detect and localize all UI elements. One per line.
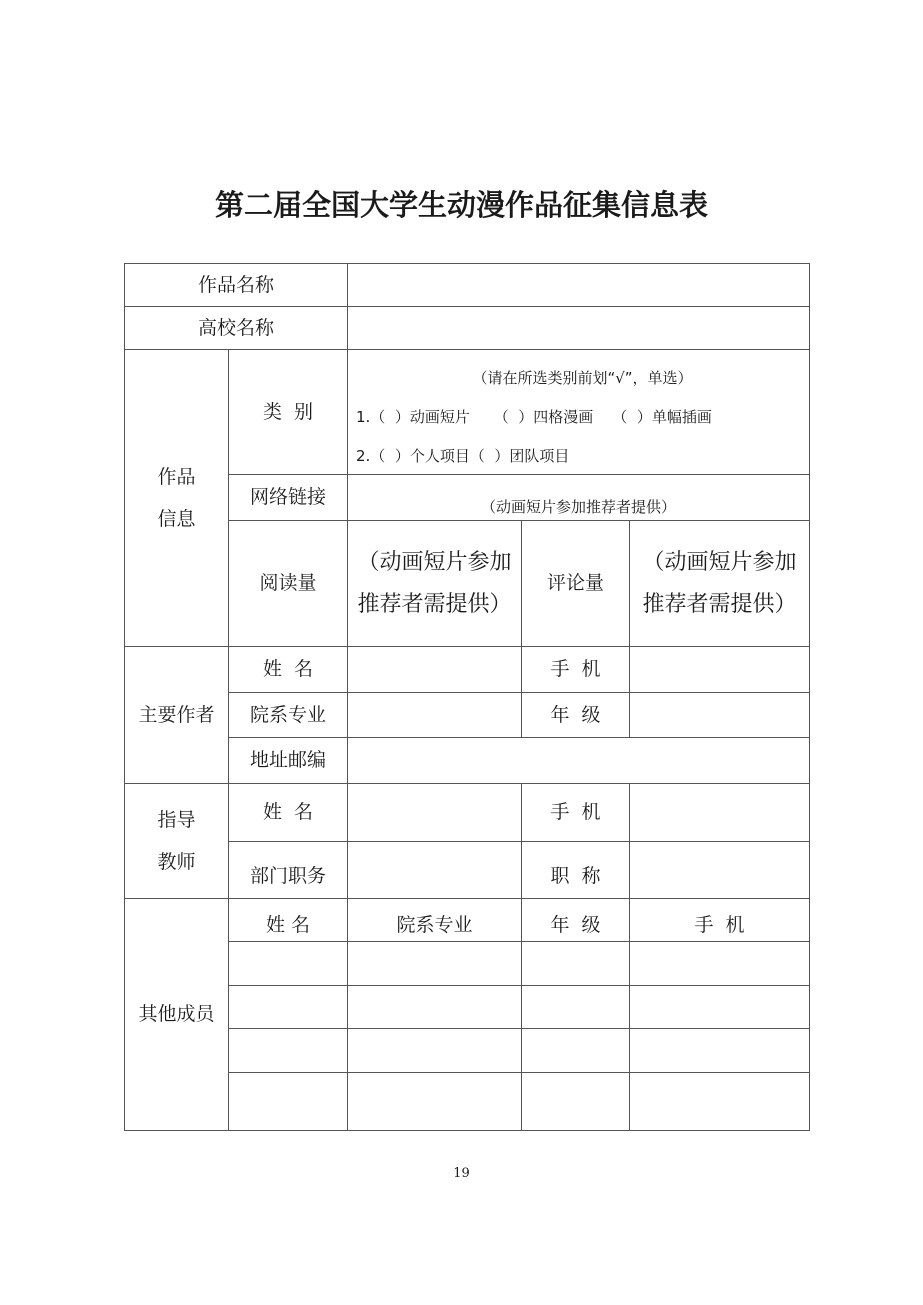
author-name-field[interactable] [347,646,522,693]
member-name-field[interactable] [228,1028,348,1073]
member-dept-field[interactable] [347,941,522,986]
advisor-dept-field[interactable] [347,841,522,899]
reads-label: 阅读量 [228,520,348,647]
link-field[interactable]: （动画短片参加推荐者提供） [347,474,810,521]
member-grade-field[interactable] [521,985,630,1029]
work-name-field[interactable] [347,263,810,307]
comments-field[interactable]: （动画短片参加推荐者需提供） [629,520,810,647]
member-dept-field[interactable] [347,985,522,1029]
category-options[interactable]: （请在所选类别前划“√”，单选） 1.（ ）动画短片 （ ）四格漫画 （ ）单幅… [347,349,810,475]
author-dept-label: 院系专业 [228,692,348,738]
author-address-field[interactable] [347,737,810,784]
member-name-field[interactable] [228,985,348,1029]
member-dept-field[interactable] [347,1028,522,1073]
advisor-phone-label: 手 机 [521,783,630,842]
members-header-dept: 院系专业 [347,898,522,942]
other-members-group-label: 其他成员 [124,898,229,1131]
member-phone-field[interactable] [629,941,810,986]
advisor-dept-label: 部门职务 [228,841,348,899]
main-author-group-label: 主要作者 [124,646,229,784]
author-address-label: 地址邮编 [228,737,348,784]
member-dept-field[interactable] [347,1072,522,1131]
category-team-options[interactable]: 2.（ ）个人项目（ ）团队项目 [356,445,569,472]
advisor-name-field[interactable] [347,783,522,842]
member-grade-field[interactable] [521,1028,630,1073]
advisor-phone-field[interactable] [629,783,810,842]
members-header-grade: 年 级 [521,898,630,942]
member-phone-field[interactable] [629,1072,810,1131]
member-grade-field[interactable] [521,941,630,986]
category-note: （请在所选类别前划“√”，单选） [356,367,809,394]
work-name-label: 作品名称 [124,263,348,307]
author-phone-field[interactable] [629,646,810,693]
member-phone-field[interactable] [629,1028,810,1073]
member-name-field[interactable] [228,941,348,986]
members-header-name: 姓 名 [228,898,348,942]
page-title: 第二届全国大学生动漫作品征集信息表 [0,183,923,224]
school-name-label: 高校名称 [124,306,348,350]
author-name-label: 姓 名 [228,646,348,693]
page-number: 19 [0,1166,923,1181]
members-header-phone: 手 机 [629,898,810,942]
member-name-field[interactable] [228,1072,348,1131]
work-info-group-label: 作品 信息 [124,349,229,647]
link-label: 网络链接 [228,474,348,521]
school-name-field[interactable] [347,306,810,350]
member-phone-field[interactable] [629,985,810,1029]
comments-label: 评论量 [521,520,630,647]
advisor-group-label: 指导 教师 [124,783,229,899]
author-dept-field[interactable] [347,692,522,738]
advisor-title-field[interactable] [629,841,810,899]
category-label: 类 别 [228,349,348,475]
author-grade-label: 年 级 [521,692,630,738]
author-grade-field[interactable] [629,692,810,738]
reads-field[interactable]: （动画短片参加推荐者需提供） [347,520,522,647]
advisor-title-label: 职 称 [521,841,630,899]
category-type-options[interactable]: 1.（ ）动画短片 （ ）四格漫画 （ ）单幅插画 [356,406,712,433]
advisor-name-label: 姓 名 [228,783,348,842]
author-phone-label: 手 机 [521,646,630,693]
member-grade-field[interactable] [521,1072,630,1131]
